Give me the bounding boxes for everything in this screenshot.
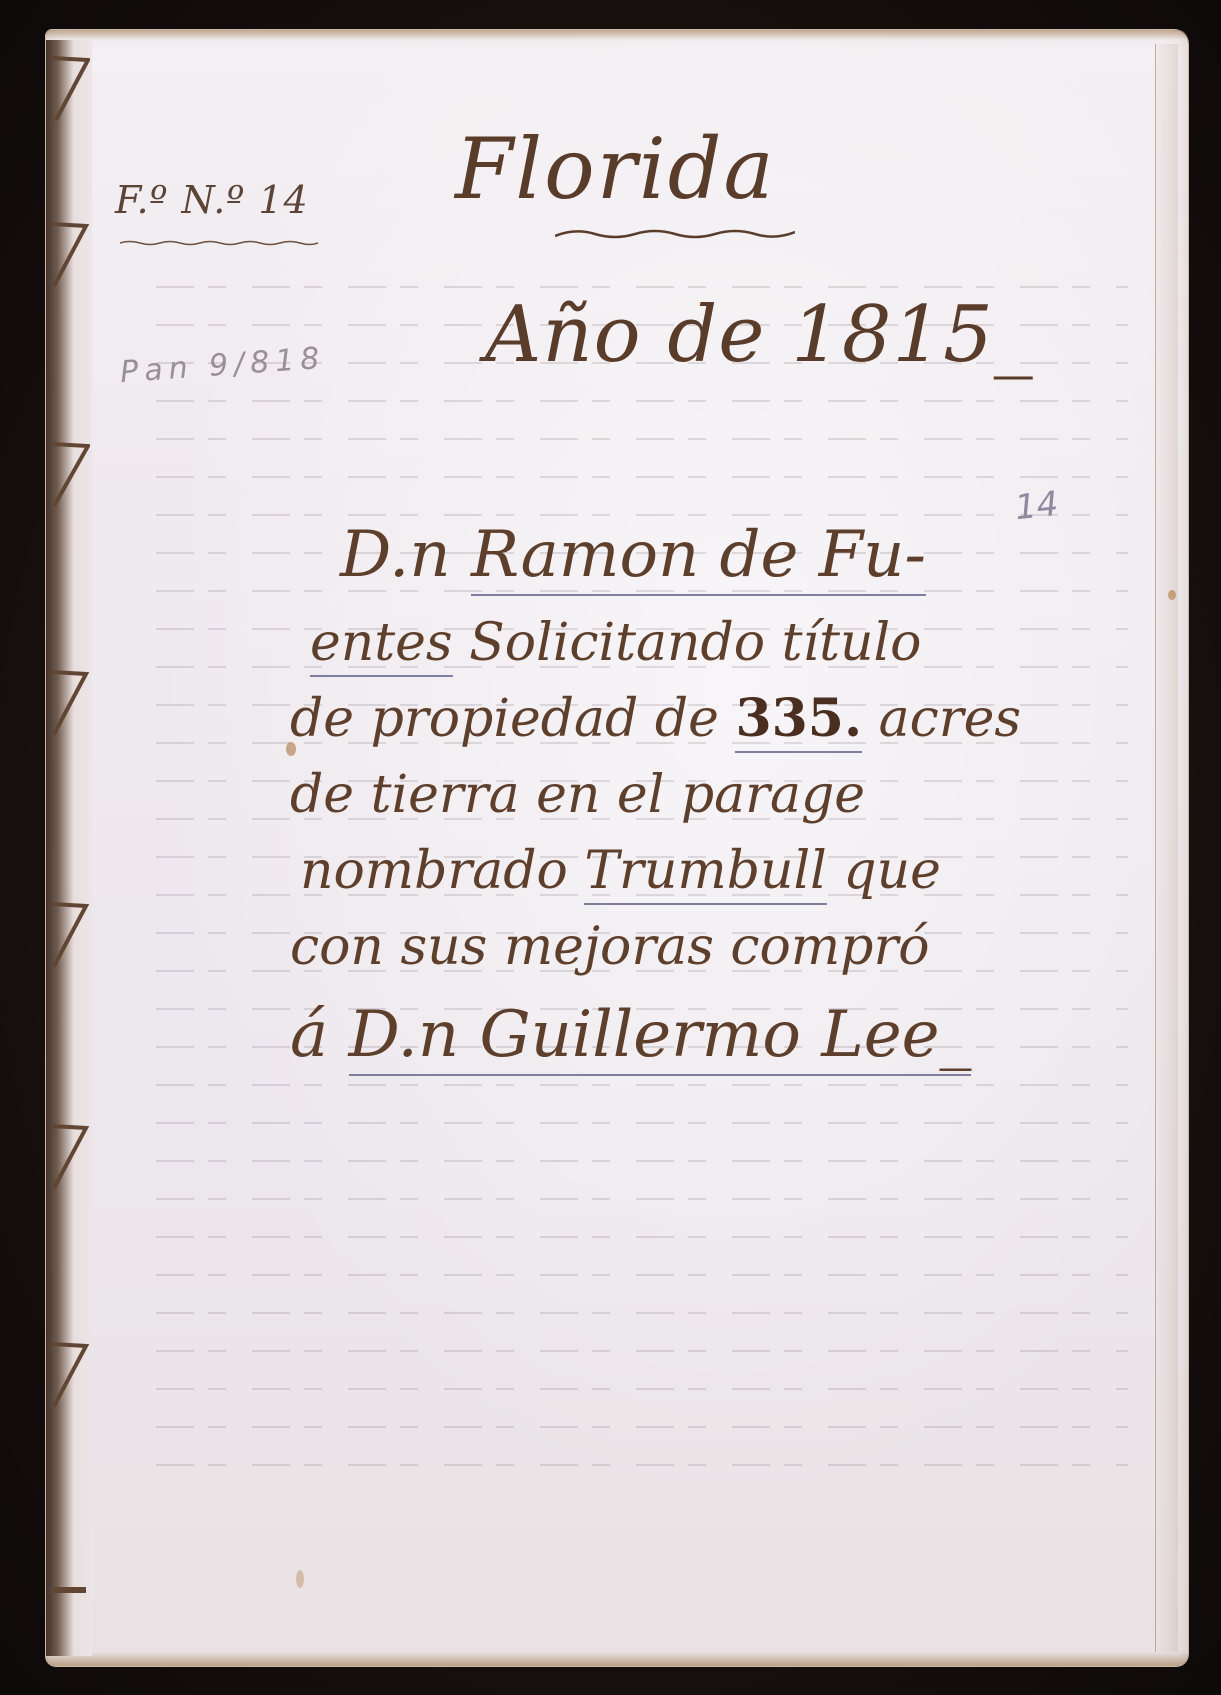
body-line-6: con sus mejoras compró <box>290 909 1010 985</box>
petitioner-name: Ramon de Fu- <box>471 518 926 596</box>
place-name: Trumbull <box>584 841 826 905</box>
body-line-4: de tierra en el parage <box>290 757 1010 833</box>
body-text-segment: nombrado <box>300 841 584 901</box>
binding-stitch-icon <box>50 220 90 290</box>
body-text-segment: de propiedad de <box>290 689 735 749</box>
binding-strip <box>46 40 92 1656</box>
page-top-edge <box>46 30 1188 40</box>
ink-stain <box>296 1570 304 1588</box>
body-text-segment: con sus mejoras compró <box>290 917 930 977</box>
body-text-segment: acres <box>862 689 1021 749</box>
body-text-segment: á <box>290 998 349 1072</box>
document-body: D.n Ramon de Fu- entes Solicitando títul… <box>290 505 1010 1085</box>
page-right-edge <box>1155 44 1178 1652</box>
reference-label: F.º N.º 14 <box>115 178 309 222</box>
binding-stitch-icon <box>50 440 90 510</box>
binding-stitch-icon <box>50 1580 90 1600</box>
body-text-segment: de tierra en el parage <box>290 765 865 825</box>
binding-stitch-icon <box>50 54 90 124</box>
title-underline <box>555 228 795 240</box>
binding-stitch-icon <box>50 668 90 738</box>
acreage-value: 335. <box>735 688 862 753</box>
binding-stitch-icon <box>50 1122 90 1192</box>
body-line-7: á D.n Guillermo Lee_ <box>290 985 1010 1085</box>
document-year: Año de 1815_ <box>485 290 1034 380</box>
ink-stain <box>1168 590 1176 600</box>
page-bottom-edge <box>46 1652 1188 1666</box>
body-text-segment: que <box>827 841 941 901</box>
binding-stitch-icon <box>50 900 90 970</box>
petitioner-name-continued: entes <box>310 613 453 677</box>
reference-underline <box>120 240 318 246</box>
body-line-3: de propiedad de 335. acres <box>290 681 1010 757</box>
binding-stitch-icon <box>50 1340 90 1410</box>
document-title: Florida <box>455 120 776 218</box>
body-text-segment: Solicitando título <box>453 613 922 673</box>
pencil-page-number: 14 <box>1013 484 1060 528</box>
body-line-5: nombrado Trumbull que <box>300 833 1010 909</box>
honorific: D.n <box>340 518 471 592</box>
body-line-2: entes Solicitando título <box>310 605 1010 681</box>
seller-name: D.n Guillermo Lee_ <box>349 998 972 1076</box>
body-line-1: D.n Ramon de Fu- <box>340 505 1010 605</box>
